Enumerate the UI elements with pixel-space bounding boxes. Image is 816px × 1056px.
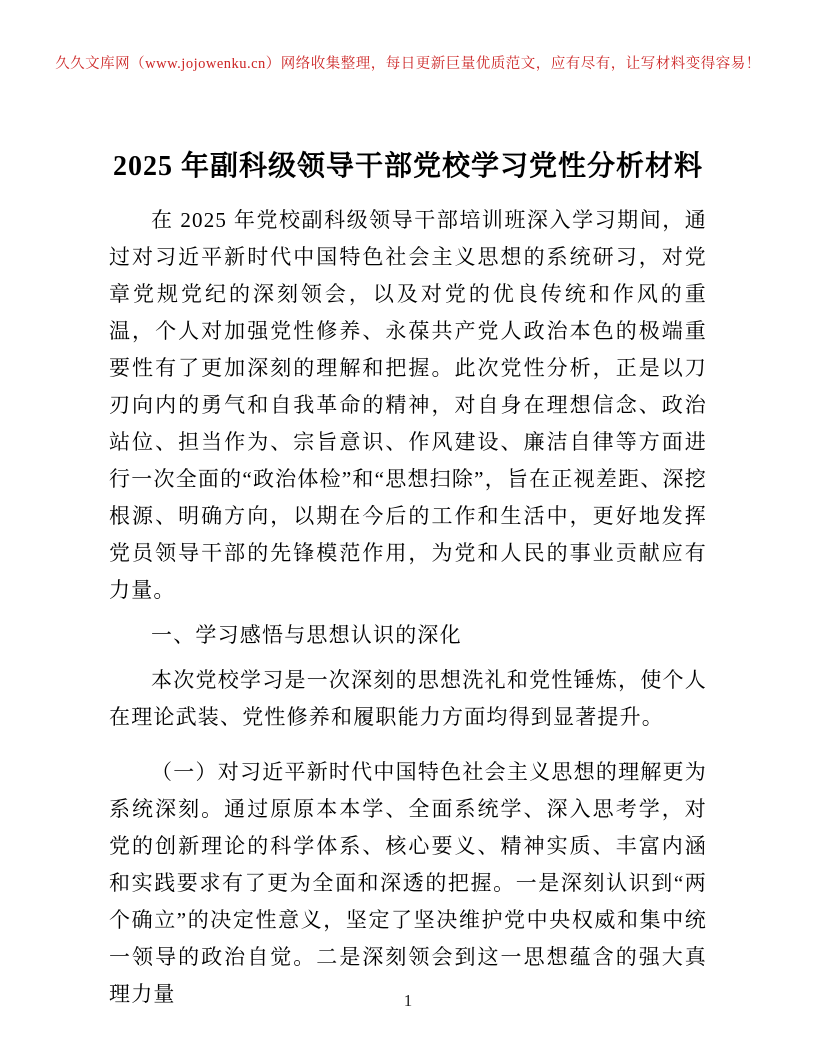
section1-lead-paragraph: 本次党校学习是一次深刻的思想洗礼和党性锤炼，使个人在理论武装、党性修养和履职能力… [109, 662, 707, 736]
section1-point1-paragraph: （一）对习近平新时代中国特色社会主义思想的理解更为系统深刻。通过原原本本学、全面… [109, 754, 707, 1013]
intro-paragraph: 在 2025 年党校副科级领导干部培训班深入学习期间，通过对习近平新时代中国特色… [109, 202, 707, 609]
document-title: 2025 年副科级领导干部党校学习党性分析材料 [109, 146, 707, 188]
watermark-notice: 久久文库网（www.jojowenku.cn）网络收集整理，每日更新巨量优质范文… [0, 54, 816, 74]
section1-heading: 一、学习感悟与思想认识的深化 [109, 617, 707, 654]
document-body: 2025 年副科级领导干部党校学习党性分析材料 在 2025 年党校副科级领导干… [109, 146, 707, 1013]
document-page: 久久文库网（www.jojowenku.cn）网络收集整理，每日更新巨量优质范文… [0, 0, 816, 1056]
page-number: 1 [0, 990, 816, 1012]
